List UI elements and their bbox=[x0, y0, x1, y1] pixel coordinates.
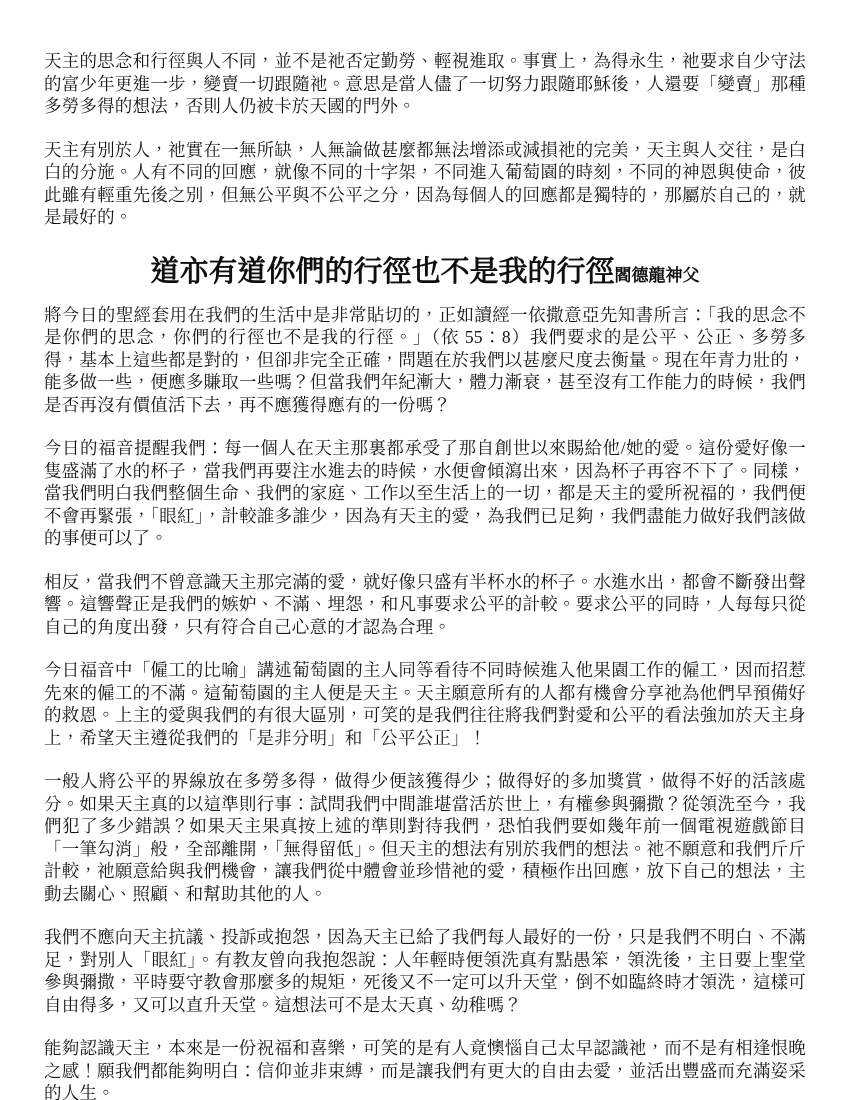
body-paragraph-7: 能夠認識天主，本來是一份祝福和喜樂，可笑的是有人竟懊惱自己太早認識祂，而不是有相… bbox=[44, 1037, 806, 1100]
body-paragraph-1: 將今日的聖經套用在我們的生活中是非常貼切的，正如讀經一依撒意亞先知書所言：「我的… bbox=[44, 304, 806, 417]
body-paragraph-4: 今日福音中「僱工的比喻」講述葡萄園的主人同等看待不同時候進入他果園工作的僱工，因… bbox=[44, 659, 806, 749]
body-paragraph-2: 今日的福音提醒我們：每一個人在天主那裏都承受了那自創世以來賜給他/她的愛。這份愛… bbox=[44, 437, 806, 550]
intro-paragraph-1: 天主的思念和行徑與人不同，並不是祂否定勤勞、輕視進取。事實上，為得永生，祂要求自… bbox=[44, 50, 806, 118]
body-paragraph-6: 我們不應向天主抗議、投訴或抱怨，因為天主已給了我們每人最好的一份，只是我們不明白… bbox=[44, 926, 806, 1016]
article-body: 天主的思念和行徑與人不同，並不是祂否定勤勞、輕視進取。事實上，為得永生，祂要求自… bbox=[44, 50, 806, 1100]
intro-paragraph-2: 天主有別於人，祂實在一無所缺，人無論做甚麼都無法增添或減損祂的完美，天主與人交往… bbox=[44, 139, 806, 229]
article-author: 閻德龍神父 bbox=[615, 266, 700, 285]
column-name: 道亦有道 bbox=[150, 256, 266, 288]
document-page: 天主的思念和行徑與人不同，並不是祂否定勤勞、輕視進取。事實上，為得永生，祂要求自… bbox=[0, 0, 850, 1100]
article-heading: 道亦有道你們的行徑也不是我的行徑閻德龍神父 bbox=[44, 250, 806, 296]
article-title: 你們的行徑也不是我的行徑 bbox=[267, 256, 615, 288]
body-paragraph-3: 相反，當我們不曾意識天主那完滿的愛，就好像只盛有半杯水的杯子。水進水出，都會不斷… bbox=[44, 571, 806, 639]
body-paragraph-5: 一般人將公平的界線放在多勞多得，做得少便該獲得少；做得好的多加獎賞，做得不好的活… bbox=[44, 770, 806, 905]
